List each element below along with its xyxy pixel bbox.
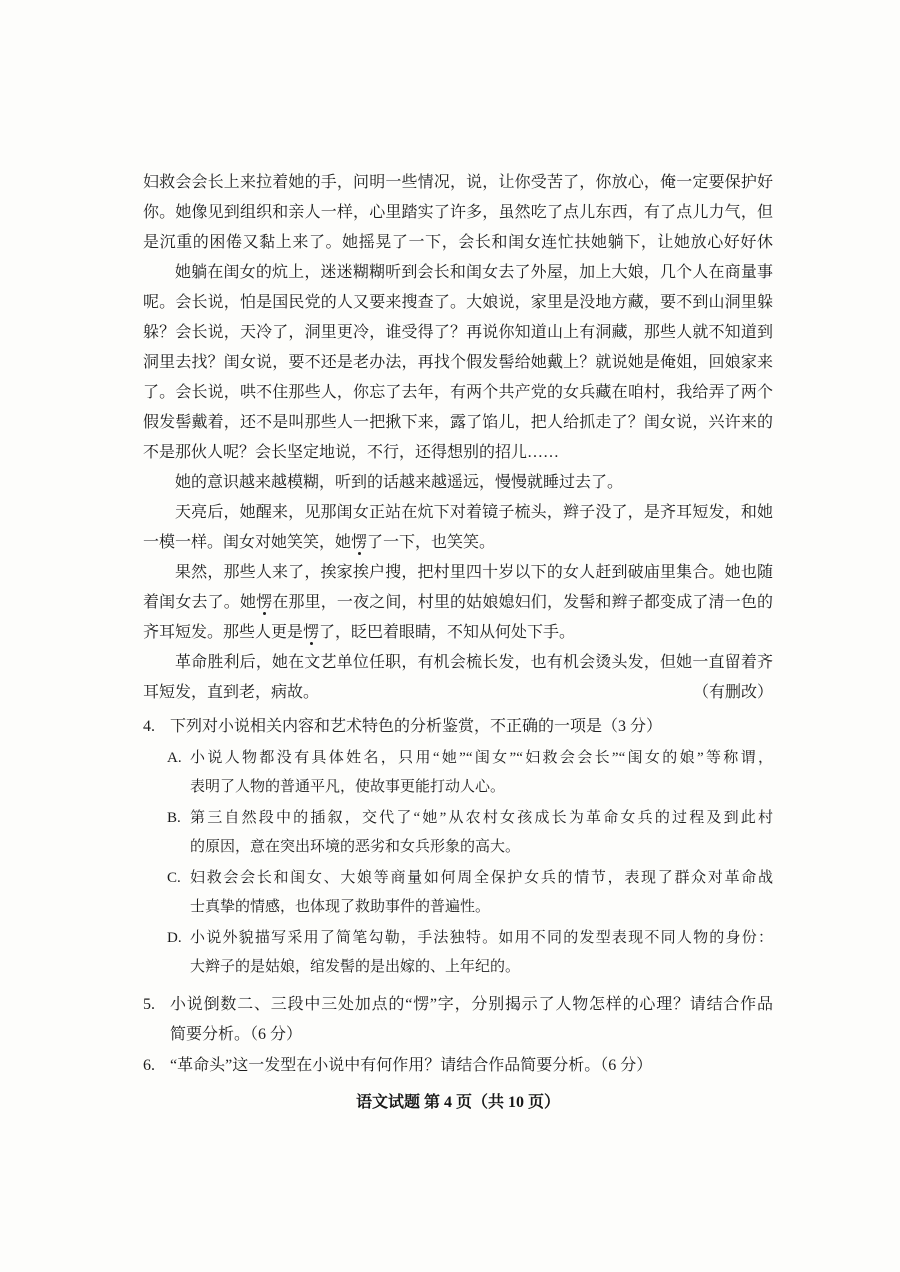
passage-line: 躲？会长说，天冷了，洞里更冷，谁受得了？再说你知道山上有洞藏，那些人就不知道到 <box>143 318 773 348</box>
question-number: 5. <box>143 990 170 1050</box>
option-label: D. <box>167 924 190 982</box>
passage-line: 果然，那些人来了，挨家挨户搜，把村里四十岁以下的女人赶到破庙里集合。她也随 <box>143 558 773 588</box>
option-d: D. 小说外貌描写采用了简笔勾勒，手法独特。如用不同的发型表现不同人物的身份： … <box>167 924 773 982</box>
question-number: 4. <box>143 712 170 742</box>
question-text: 小说倒数二、三段中三处加点的“愣”字，分别揭示了人物怎样的心理？请结合作品 简要… <box>170 990 773 1050</box>
passage-line: 革命胜利后，她在文艺单位任职，有机会梳长发，也有机会烫头发，但她一直留着齐 <box>143 648 773 678</box>
option-line: 大辫子的是姑娘，绾发髻的是出嫁的、上年纪的。 <box>190 953 773 982</box>
question-line: 小说倒数二、三段中三处加点的“愣”字，分别揭示了人物怎样的心理？请结合作品 <box>170 990 773 1020</box>
question-4-stem: 4. 下列对小说相关内容和艺术特色的分析鉴赏，不正确的一项是（3 分） <box>143 712 773 742</box>
question-5-row: 5. 小说倒数二、三段中三处加点的“愣”字，分别揭示了人物怎样的心理？请结合作品… <box>143 990 773 1050</box>
question-5: 5. 小说倒数二、三段中三处加点的“愣”字，分别揭示了人物怎样的心理？请结合作品… <box>143 990 773 1050</box>
passage-line: 了。会长说，哄不住那些人，你忘了去年，有两个共产党的女兵藏在咱村，我给弄了两个 <box>143 378 773 408</box>
option-line: 表明了人物的普通平凡，使故事更能打动人心。 <box>190 773 773 802</box>
question-4: 4. 下列对小说相关内容和艺术特色的分析鉴赏，不正确的一项是（3 分） A. 小… <box>143 712 773 982</box>
question-4-options: A. 小说人物都没有具体姓名，只用“她”“闺女”“妇救会会长”“闺女的娘”等称谓… <box>143 744 773 982</box>
option-text: 妇救会会长和闺女、大娘等商量如何周全保护女兵的情节，表现了群众对革命战 士真挚的… <box>190 864 773 922</box>
option-text: 小说外貌描写采用了简笔勾勒，手法独特。如用不同的发型表现不同人物的身份： 大辫子… <box>190 924 773 982</box>
option-line: 小说外貌描写采用了简笔勾勒，手法独特。如用不同的发型表现不同人物的身份： <box>190 924 773 953</box>
question-stem-text: 下列对小说相关内容和艺术特色的分析鉴赏，不正确的一项是（3 分） <box>170 712 773 742</box>
question-6: 6. “革命头”这一发型在小说中有何作用？请结合作品简要分析。（6 分） <box>143 1051 773 1081</box>
passage: 妇救会会长上来拉着她的手，问明一些情况，说，让你受苦了，你放心，俺一定要保护好 … <box>143 168 773 708</box>
option-label: A. <box>167 744 190 802</box>
option-c: C. 妇救会会长和闺女、大娘等商量如何周全保护女兵的情节，表现了群众对革命战 士… <box>167 864 773 922</box>
passage-line: 她躺在闺女的炕上，迷迷糊糊听到会长和闺女去了外屋，加上大娘，几个人在商量事 <box>143 258 773 288</box>
passage-line: 呢。会长说，怕是国民党的人又要来搜查了。大娘说，家里是没地方藏，要不到山洞里躲 <box>143 288 773 318</box>
exam-page: 妇救会会长上来拉着她的手，问明一些情况，说，让你受苦了，你放心，俺一定要保护好 … <box>0 0 900 1272</box>
passage-line: 着闺女去了。她愣在那里，一夜之间，村里的姑娘媳妇们，发髻和辫子都变成了清一色的 <box>143 588 773 618</box>
option-line: 妇救会会长和闺女、大娘等商量如何周全保护女兵的情节，表现了群众对革命战 <box>190 864 773 893</box>
option-line: 第三自然段中的插叙，交代了“她”从农村女孩成长为革命女兵的过程及到此村 <box>190 804 773 833</box>
question-6-row: 6. “革命头”这一发型在小说中有何作用？请结合作品简要分析。（6 分） <box>143 1051 773 1081</box>
passage-line: 齐耳短发。那些人更是愣了，眨巴着眼睛，不知从何处下手。 <box>143 618 773 648</box>
passage-line: 不是那伙人呢？会长坚定地说，不行，还得想别的招儿…… <box>143 438 773 468</box>
option-label: C. <box>167 864 190 922</box>
passage-line: 假发髻戴着，还不是叫那些人一把揪下来，露了馅儿，把人给抓走了？闺女说，兴许来的 <box>143 408 773 438</box>
passage-line: 洞里去找？闺女说，要不还是老办法，再找个假发髻给她戴上？就说她是俺姐，回娘家来 <box>143 348 773 378</box>
passage-line-text: 耳短发，直到老，病故。 <box>143 678 319 708</box>
passage-line: 一模一样。闺女对她笑笑，她愣了一下，也笑笑。 <box>143 528 773 558</box>
page-footer: 语文试题 第 4 页（共 10 页） <box>143 1090 773 1116</box>
passage-line: 天亮后，她醒来，见那闺女正站在炕下对着镜子梳头，辫子没了，是齐耳短发，和她 <box>143 498 773 528</box>
passage-line: 她的意识越来越模糊，听到的话越来越遥远，慢慢就睡过去了。 <box>143 468 773 498</box>
option-a: A. 小说人物都没有具体姓名，只用“她”“闺女”“妇救会会长”“闺女的娘”等称谓… <box>167 744 773 802</box>
option-line: 士真挚的情感，也体现了救助事件的普遍性。 <box>190 893 773 922</box>
option-text: 第三自然段中的插叙，交代了“她”从农村女孩成长为革命女兵的过程及到此村 的原因，… <box>190 804 773 862</box>
passage-line: 妇救会会长上来拉着她的手，问明一些情况，说，让你受苦了，你放心，俺一定要保护好 <box>143 168 773 198</box>
option-b: B. 第三自然段中的插叙，交代了“她”从农村女孩成长为革命女兵的过程及到此村 的… <box>167 804 773 862</box>
passage-line: 你。她像见到组织和亲人一样，心里踏实了许多，虽然吃了点儿东西，有了点儿力气，但 <box>143 198 773 228</box>
option-text: 小说人物都没有具体姓名，只用“她”“闺女”“妇救会会长”“闺女的娘”等称谓， 表… <box>190 744 773 802</box>
option-line: 的原因，意在突出环境的恶劣和女兵形象的高大。 <box>190 833 773 862</box>
passage-line: 是沉重的困倦又黏上来了。她摇晃了一下，会长和闺女连忙扶她躺下，让她放心好好休息。 <box>143 228 773 258</box>
option-line: 小说人物都没有具体姓名，只用“她”“闺女”“妇救会会长”“闺女的娘”等称谓， <box>190 744 773 773</box>
question-line: 简要分析。（6 分） <box>170 1020 773 1050</box>
option-label: B. <box>167 804 190 862</box>
passage-line: 耳短发，直到老，病故。 （有删改） <box>143 678 773 708</box>
source-note: （有删改） <box>693 678 773 708</box>
text-column: 妇救会会长上来拉着她的手，问明一些情况，说，让你受苦了，你放心，俺一定要保护好 … <box>143 168 773 1116</box>
question-text: “革命头”这一发型在小说中有何作用？请结合作品简要分析。（6 分） <box>170 1051 773 1081</box>
question-number: 6. <box>143 1051 170 1081</box>
